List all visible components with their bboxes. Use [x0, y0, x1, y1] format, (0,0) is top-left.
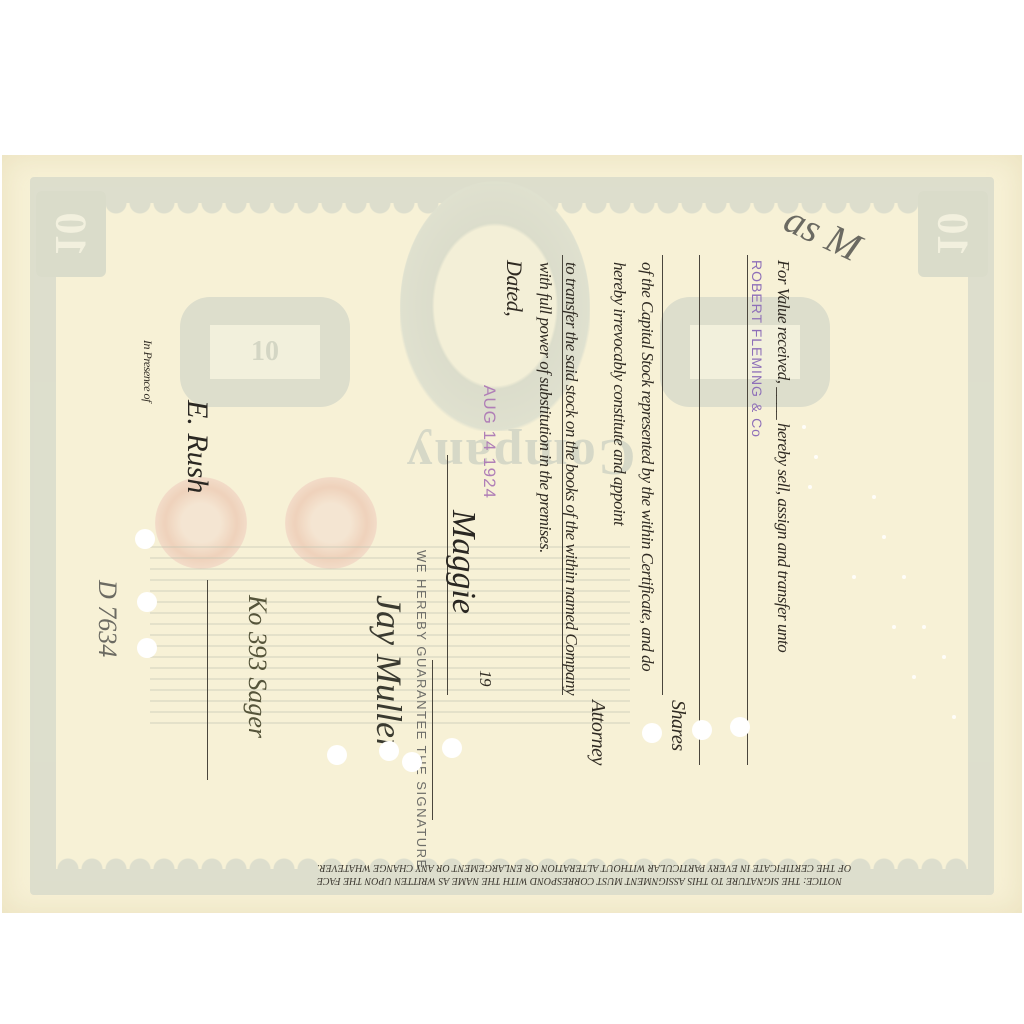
cancel-punch-hole — [379, 741, 399, 761]
cancel-punch-hole — [642, 723, 662, 743]
cancel-punch-hole — [327, 745, 347, 765]
assignee-line — [747, 255, 748, 765]
perforation-dot — [912, 675, 916, 679]
shares-label: Shares — [666, 700, 689, 751]
cancel-punch-hole — [137, 638, 157, 658]
witness-line — [207, 580, 208, 780]
cancel-punch-hole — [135, 529, 155, 549]
perforation-dot — [802, 425, 806, 429]
presence-label: In Presence of — [140, 340, 155, 402]
notice-line-2: OF THE CERTIFICATE IN EVERY PARTICULAR W… — [317, 862, 851, 873]
perforation-dot — [872, 495, 876, 499]
perforation-dot — [814, 455, 818, 459]
perforation-dot — [852, 575, 856, 579]
shares-line-2 — [662, 255, 663, 695]
pencil-number: D 7634 — [92, 580, 122, 657]
notice-line-1: NOTICE: THE SIGNATURE TO THIS ASSIGNMENT… — [317, 875, 842, 886]
dated-label: Dated, — [501, 260, 527, 316]
cancel-punch-hole — [402, 752, 422, 772]
corner-denomination-left: 10 — [36, 191, 106, 277]
cancel-punch-hole — [730, 717, 750, 737]
assignment-form: For Value received, ____ hereby sell, as… — [237, 250, 777, 850]
year-prefix: 19 — [475, 670, 495, 686]
assignment-line-4: to transfer the said stock on the books … — [561, 262, 581, 695]
seller-signature: Maggie — [444, 510, 482, 614]
perforation-dot — [882, 535, 886, 539]
shares-line — [699, 255, 700, 765]
signature-line — [432, 660, 433, 820]
assignment-line-5: with full power of substitution in the p… — [535, 262, 555, 553]
guarantor-signature: Jay Muller — [368, 595, 410, 752]
assignment-line-3: hereby irrevocably constitute and appoin… — [609, 262, 629, 525]
perforation-dot — [892, 625, 896, 629]
cancel-punch-hole — [692, 720, 712, 740]
cancel-punch-hole — [137, 592, 157, 612]
certificate-paper: 10 10 10 Company For Value received, ___… — [2, 155, 1022, 913]
cancel-punch-hole — [442, 738, 462, 758]
pencil-note-bottom: Ko 393 Sager — [242, 595, 272, 738]
perforation-dot — [952, 715, 956, 719]
attorney-label: Attorney — [586, 700, 609, 765]
corner-denomination-right: 10 — [918, 191, 988, 277]
perforation-dot — [808, 485, 812, 489]
perforation-dot — [922, 625, 926, 629]
assignee-stamp: ROBERT FLEMING & Co — [749, 260, 765, 438]
assignment-line-1: For Value received, ____ hereby sell, as… — [773, 260, 793, 652]
assignment-line-2: of the Capital Stock represented by the … — [637, 262, 657, 671]
guarantee-stamp: WE HEREBY GUARANTEE THE SIGNATURE — [414, 550, 429, 870]
witness-signature: E. Rush — [180, 400, 214, 493]
date-stamp: AUG 14 1924 — [479, 385, 499, 499]
perforation-dot — [902, 575, 906, 579]
perforation-dot — [942, 655, 946, 659]
